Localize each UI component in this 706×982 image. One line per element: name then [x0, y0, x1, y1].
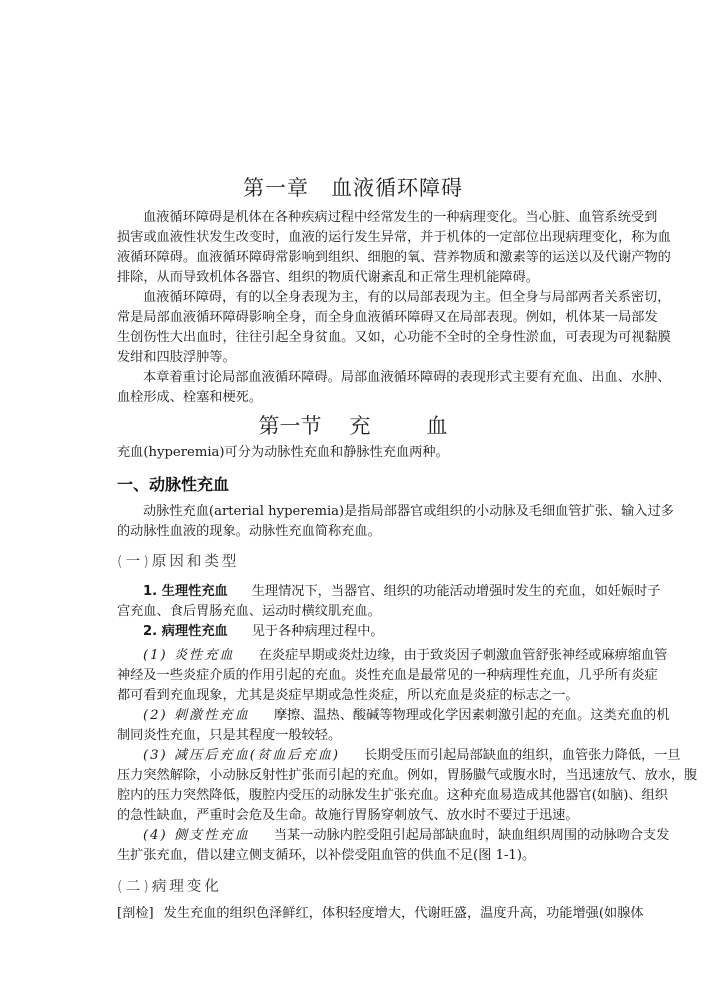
paragraph-line: 腔内的压力突然降低，腹腔内受压的动脉发生扩张充血。这种充血易造成其他器官(如脑)… — [117, 786, 625, 806]
subheading-causes-types: (一)原因和类型 — [117, 550, 239, 571]
autopsy-text: 发生充血的组织色泽鲜红，体积轻度增大，代谢旺盛，温度升高，功能增强(如腺体 — [164, 906, 644, 921]
section-intro: 充血(hyperemia)可分为动脉性充血和静脉性充血两种。 — [117, 443, 625, 463]
paragraph-line: 血栓形成、栓塞和梗死。 — [117, 388, 625, 408]
section-prefix: 第一节 — [259, 414, 322, 438]
paragraph-line: 都可看到充血现象，尤其是炎症早期或急性炎症，所以充血是炎症的标志之一。 — [117, 686, 625, 706]
type-text: 生理情况下，当器官、组织的功能活动增强时发生的充血，如妊娠时子 — [252, 584, 661, 599]
type-physiological: 1. 生理性充血生理情况下，当器官、组织的功能活动增强时发生的充血，如妊娠时子 — [143, 582, 625, 602]
paragraph-line: 血液循环障碍，有的以全身表现为主，有的以局部表现为主。但全身与局部两者关系密切， — [143, 288, 625, 308]
paragraph-line: 宫充血、食后胃肠充血、运动时横纹肌充血。 — [117, 602, 625, 622]
subheading-pathology: (二)病理变化 — [117, 875, 222, 896]
subtype-irritative: (2) 刺激性充血摩擦、温热、酸碱等物理或化学因素刺激引起的充血。这类充血的机 — [143, 706, 625, 726]
paragraph-line: 本章着重讨论局部血液循环障碍。局部血液循环障碍的表现形式主要有充血、出血、水肿、 — [143, 368, 625, 388]
subtype-label: (2) 刺激性充血 — [143, 708, 250, 723]
paragraph-line: 的急性缺血，严重时会危及生命。故施行胃肠穿刺放气、放水时不要过于迅速。 — [117, 806, 625, 826]
subtype-text: 摩擦、温热、酸碱等物理或化学因素刺激引起的充血。这类充血的机 — [274, 708, 670, 723]
subtype-label: (1) 炎性充血 — [143, 648, 235, 663]
chapter-title: 第一章 血液循环障碍 — [0, 172, 706, 202]
subtype-label: (4) 侧支性充血 — [143, 828, 250, 843]
subtype-label: (3) 减压后充血(贫血后充血) — [143, 748, 340, 763]
paragraph-line: 压力突然解除，小动脉反射性扩张而引起的充血。例如，胃肠臌气或腹水时，当迅速放气、… — [117, 766, 625, 786]
autopsy-label: [剖检] — [117, 906, 154, 921]
pathology-line: [剖检]发生充血的组织色泽鲜红，体积轻度增大，代谢旺盛，温度升高，功能增强(如腺… — [117, 904, 625, 924]
paragraph-line: 排除，从而导致机体各器官、组织的物质代谢紊乱和正常生理机能障碍。 — [117, 268, 625, 288]
paragraph-line: 液循环障碍。血液循环障碍常影响到组织、细胞的氧、营养物质和激素等的运送以及代谢产… — [117, 248, 625, 268]
paragraph-line: 血液循环障碍是机体在各种疾病过程中经常发生的一种病理变化。当心脏、血管系统受到 — [143, 208, 625, 228]
paragraph-line: 制同炎性充血，只是其程度一般较轻。 — [117, 726, 625, 746]
subtype-text: 当某一动脉内腔受阻引起局部缺血时，缺血组织周围的动脉吻合支发 — [274, 828, 670, 843]
subtype-inflammatory: (1) 炎性充血在炎症早期或炎灶边缘，由于致炎因子刺激血管舒张神经或麻痹缩血管 — [143, 646, 625, 666]
type-label: 1. 生理性充血 — [143, 584, 228, 599]
type-label: 2. 病理性充血 — [143, 624, 228, 639]
paragraph-line: 生扩张充血，借以建立侧支循环，以补偿受阻血管的供血不足(图 1-1)。 — [117, 846, 625, 866]
section-word-2: 血 — [427, 414, 448, 438]
paragraph-line: 的动脉性血液的现象。动脉性充血简称充血。 — [117, 522, 625, 542]
paragraph-line: 发绀和四肢浮肿等。 — [117, 348, 625, 368]
paragraph-line: 神经及一些炎症介质的作用引起的充血。炎性充血是最常见的一种病理性充血，几乎所有炎… — [117, 666, 625, 686]
paragraph-line: 损害或血液性状发生改变时，血液的运行发生异常，并于机体的一定部位出现病理变化，称… — [117, 228, 625, 248]
type-text: 见于各种病理过程中。 — [252, 624, 384, 639]
paragraph-line: 动脉性充血(arterial hyperemia)是指局部器官或组织的小动脉及毛… — [143, 502, 625, 522]
section-word-1: 充 — [350, 414, 371, 438]
subtype-text: 在炎症早期或炎灶边缘，由于致炎因子刺激血管舒张神经或麻痹缩血管 — [259, 648, 668, 663]
subtype-text: 长期受压而引起局部缺血的组织，血管张力降低，一旦 — [364, 748, 681, 763]
subtype-decompression: (3) 减压后充血(贫血后充血)长期受压而引起局部缺血的组织，血管张力降低，一旦 — [143, 746, 625, 766]
paragraph-line: 常是局部血液循环障碍影响全身，而全身血液循环障碍又在局部表现。例如，机体某一局部… — [117, 308, 625, 328]
subtype-collateral: (4) 侧支性充血当某一动脉内腔受阻引起局部缺血时，缺血组织周围的动脉吻合支发 — [143, 826, 625, 846]
type-pathological: 2. 病理性充血见于各种病理过程中。 — [143, 622, 625, 642]
section-title: 第一节充血 — [0, 410, 706, 440]
paragraph-line: 生创伤性大出血时，往往引起全身贫血。又如，心功能不全时的全身性淤血，可表现为可视… — [117, 328, 625, 348]
heading-arterial-hyperemia: 一、动脉性充血 — [117, 472, 229, 495]
